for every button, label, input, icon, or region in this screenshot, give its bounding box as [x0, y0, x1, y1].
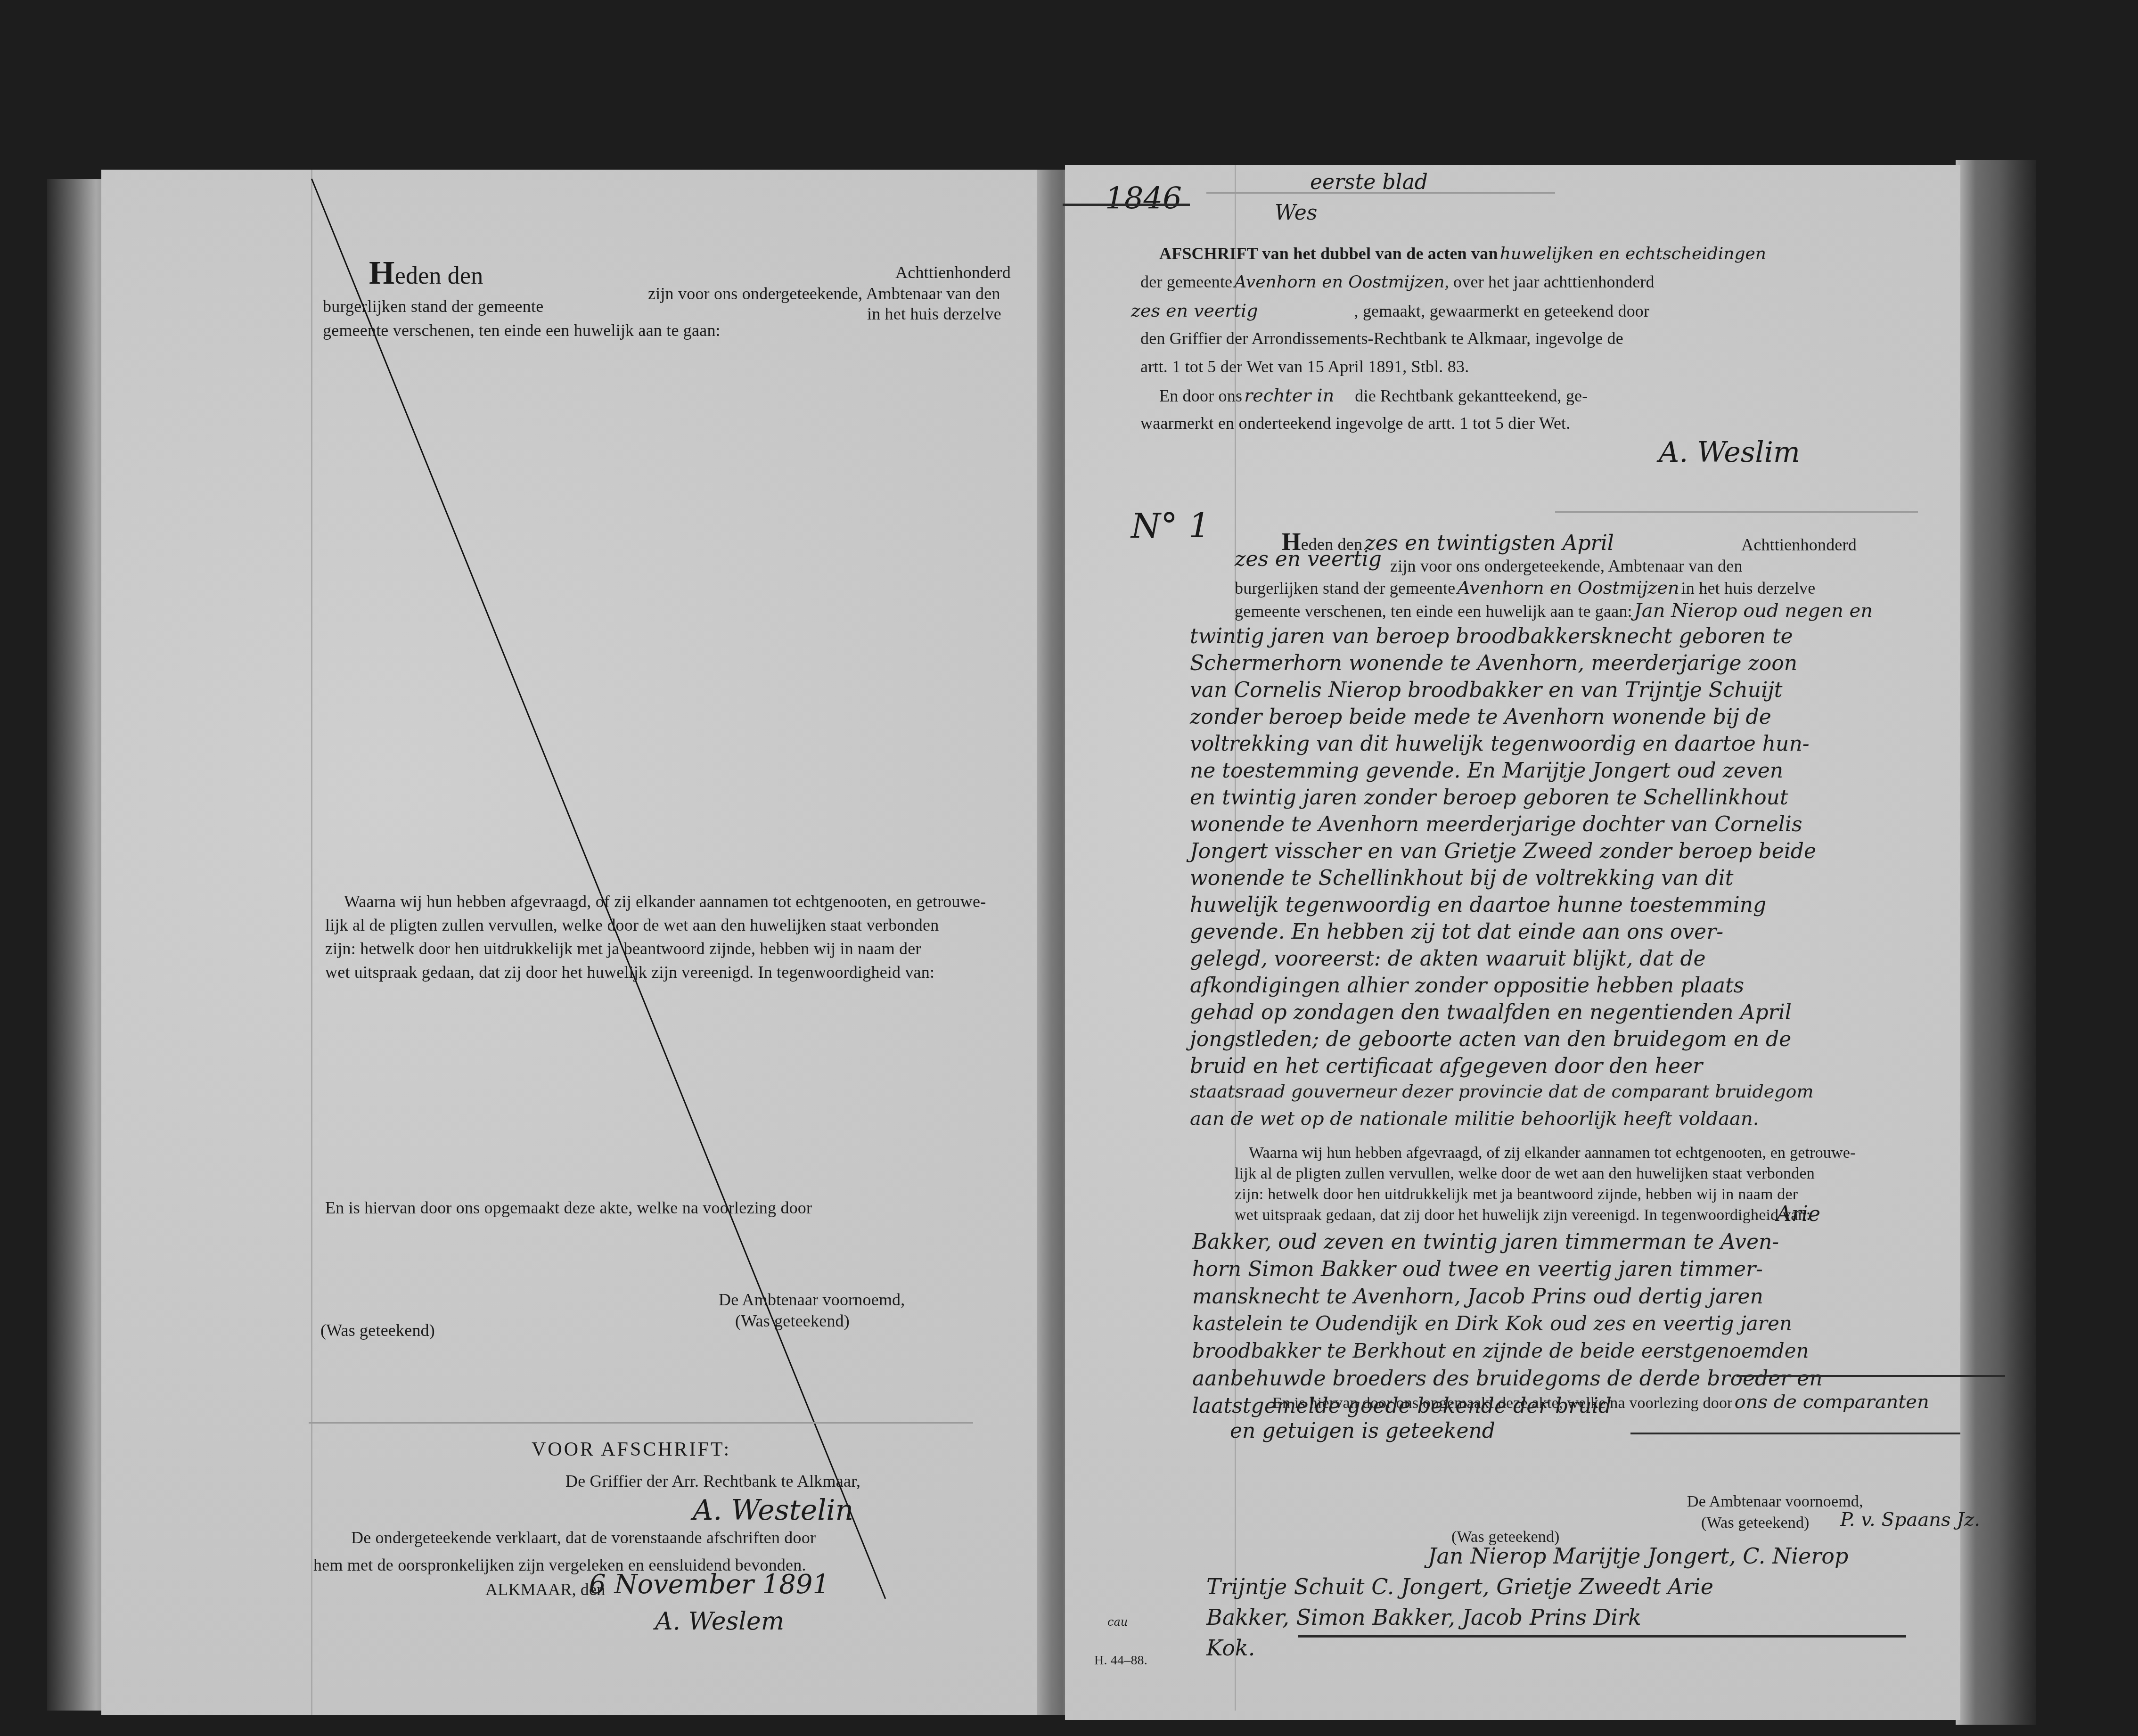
closing-line: En is hiervan door ons opgemaakt deze ak… — [325, 1199, 812, 1216]
act-waarna-paragraph: Waarna wij hun hebben afgevraagd, of zij… — [1235, 1145, 1856, 1223]
house-line: in het huis derzelve — [867, 305, 1001, 322]
hand-line: en twintig jaren zonder beroep geboren t… — [1190, 786, 2015, 812]
hand-line: Jongert visscher en van Grietje Zweed zo… — [1190, 839, 2015, 866]
fill-line — [1298, 1635, 1906, 1638]
hand-line: gelegd, vooreerst: de akten waaruit blij… — [1190, 947, 2015, 974]
clerk-signature: A. Westelin — [693, 1496, 853, 1524]
form-heading: Heden den — [369, 257, 483, 290]
hand-line: huwelijk tegenwoordig en daartoe hunne t… — [1190, 893, 2015, 920]
hand-line: Schermerhorn wonende te Avenhorn, meerde… — [1190, 651, 2015, 678]
hand-line: ne toestemming gevende. En Marijtje Jong… — [1190, 759, 2015, 786]
hand-line: broodbakker te Berkhout en zijnde de bei… — [1192, 1339, 2017, 1367]
certified-copy-header: AFSCHRIFT van het dubbel van de acten va… — [1140, 245, 2012, 432]
official-line: zijn voor ons ondergeteekende, Ambtenaar… — [648, 285, 1000, 302]
place-date-label: ALKMAAR, den — [485, 1581, 605, 1598]
hand-line: aan de wet op de nationale militie behoo… — [1190, 1108, 2015, 1135]
year-prefix: Achttienhonderd — [895, 264, 1011, 281]
fill-line — [1737, 1375, 2005, 1377]
declaration-paragraph: De ondergeteekende verklaart, dat de vor… — [313, 1529, 816, 1573]
act-civil-line: burgerlijken stand der gemeente Avenhorn… — [1235, 579, 1815, 597]
hand-line: twintig jaren van beroep broodbakkerskne… — [1190, 624, 2015, 651]
act-year-hand: zes en veertig — [1235, 549, 1382, 570]
hand-line: Bakker, oud zeven en twintig jaren timme… — [1192, 1230, 2017, 1257]
signature-line: Trijntje Schuit C. Jongert, Grietje Zwee… — [1206, 1574, 2007, 1605]
form-code: H. 44–88. — [1094, 1654, 1147, 1667]
official-signature: P. v. Spaans Jz. — [1840, 1510, 1980, 1529]
hand-line: bruid en het certificaat afgegeven door … — [1190, 1054, 2015, 1081]
act-appeared-line: gemeente verschenen, ten einde een huwel… — [1235, 601, 1873, 620]
hand-line: mansknecht te Avenhorn, Jacob Prins oud … — [1192, 1285, 2017, 1312]
section-divider — [309, 1422, 973, 1424]
top-note: eerste blad — [1310, 172, 1428, 193]
act-year-prefix: Achttienhonderd — [1741, 536, 1857, 553]
witness-first-name: Arie — [1777, 1204, 1820, 1225]
waarna-paragraph: Waarna wij hun hebben afgevraagd, of zij… — [325, 893, 986, 981]
hand-line: jongstleden; de geboorte acten van den b… — [1190, 1027, 2015, 1054]
hand-line: wonende te Avenhorn meerderjarige dochte… — [1190, 812, 2015, 839]
official-signoff: De Ambtenaar voornoemd, — [719, 1291, 905, 1308]
signature-line: Kok. — [1206, 1635, 2007, 1661]
year-underline — [1063, 204, 1190, 206]
hand-line: zonder beroep beide mede te Avenhorn won… — [1190, 705, 2015, 732]
was-signed-left: (Was geteekend) — [320, 1322, 435, 1339]
witness-list: Bakker, oud zeven en twintig jaren timme… — [1192, 1230, 2017, 1418]
act-official-signoff: De Ambtenaar voornoemd, — [1687, 1494, 1863, 1510]
hand-line: voltrekking van dit huwelijk tegenwoordi… — [1190, 732, 2015, 759]
act-handwritten-body: twintig jaren van beroep broodbakkerskne… — [1190, 624, 2015, 1135]
top-initials: Wes — [1275, 203, 1317, 223]
hand-line: aanbehuwde broeders des bruidegoms de de… — [1192, 1367, 2017, 1394]
certified-copy-heading: VOOR AFSCHRIFT: — [532, 1440, 731, 1459]
signature-line: Bakker, Simon Bakker, Jacob Prins Dirk — [1206, 1605, 2007, 1635]
note-underline — [1206, 192, 1555, 194]
act-was-signed-left: (Was geteekend) — [1451, 1529, 1560, 1545]
hand-line: staatsraad gouverneur dezer provincie da… — [1190, 1081, 2015, 1108]
final-signature: A. Weslem — [655, 1609, 784, 1634]
hand-line: afkondigingen alhier zonder oppositie he… — [1190, 974, 2015, 1000]
clerk-title: De Griffier der Arr. Rechtbank te Alkmaa… — [565, 1473, 860, 1490]
civil-registry-line: burgerlijken stand der gemeente — [323, 298, 543, 315]
act-closing-hand: en getuigen is geteekend — [1230, 1421, 1495, 1441]
section-divider — [1555, 511, 1918, 513]
act-official-line: zijn voor ons ondergeteekende, Ambtenaar… — [1390, 557, 1743, 574]
margin-note: cau — [1107, 1616, 1128, 1628]
signature-line: Jan Nierop Marijtje Jongert, C. Nierop — [1428, 1543, 2007, 1574]
fill-line — [1630, 1433, 1960, 1434]
act-closing-line: En is hiervan door ons opgemaakt deze ak… — [1272, 1392, 1929, 1411]
act-was-signed-right: (Was geteekend) — [1701, 1515, 1810, 1531]
was-signed-right: (Was geteekend) — [735, 1312, 850, 1329]
hand-line: van Cornelis Nierop broodbakker en van T… — [1190, 678, 2015, 705]
certification-date: 6 November 1891 — [589, 1572, 829, 1598]
appeared-line: gemeente verschenen, ten einde een huwel… — [323, 322, 721, 339]
year-number: 1846 — [1105, 184, 1182, 214]
hand-line: horn Simon Bakker oud twee en veertig ja… — [1192, 1257, 2017, 1285]
act-number: N° 1 — [1131, 509, 1210, 543]
party-signatures: Jan Nierop Marijtje Jongert, C. Nierop T… — [1206, 1543, 2007, 1661]
hand-line: wonende te Schellinkhout bij de voltrekk… — [1190, 866, 2015, 893]
margin-rule — [311, 170, 312, 1715]
hand-line: kastelein te Oudendijk en Dirk Kok oud z… — [1192, 1312, 2017, 1339]
hand-line: gehad op zondagen den twaalfden en negen… — [1190, 1000, 2015, 1027]
judge-signature: A. Weslim — [1659, 438, 1800, 467]
hand-line: gevende. En hebben zij tot dat einde aan… — [1190, 920, 2015, 947]
